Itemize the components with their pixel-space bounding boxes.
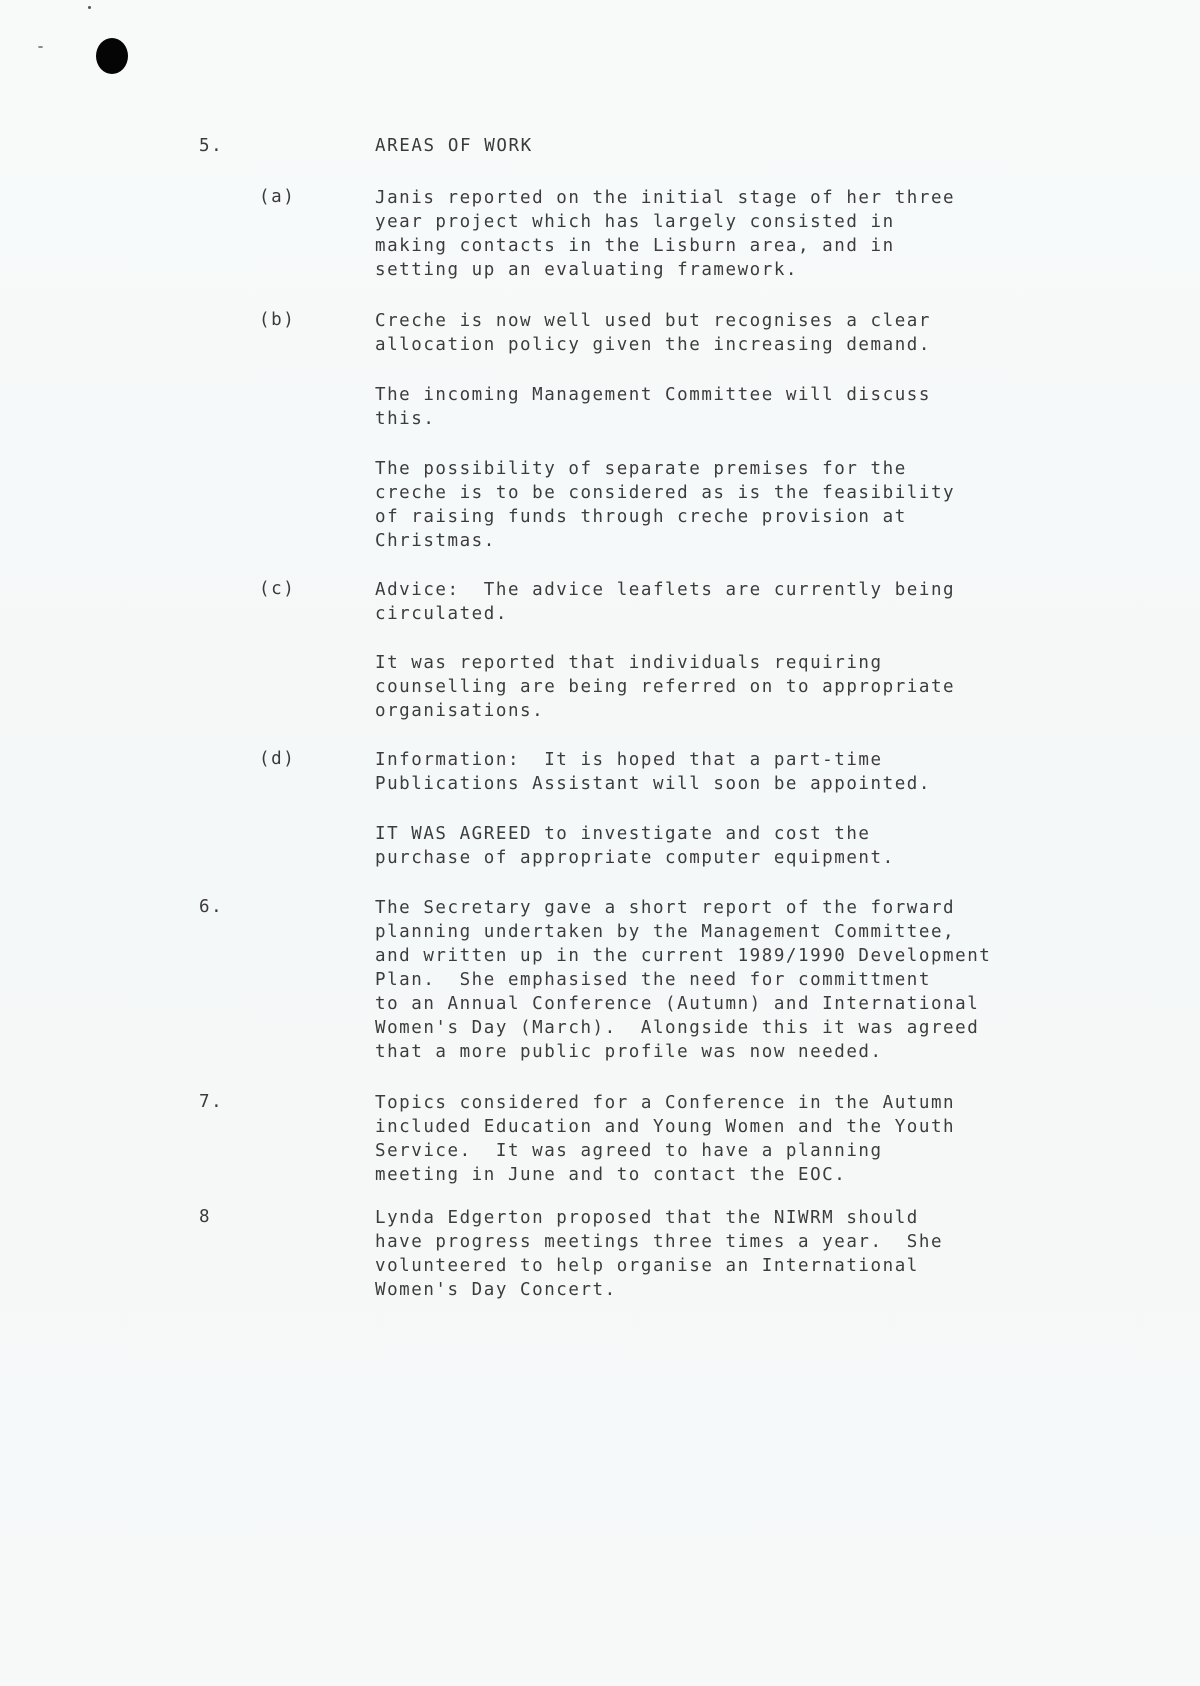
text-line: included Education and Young Women and t… xyxy=(375,1115,1095,1139)
text-line: allocation policy given the increasing d… xyxy=(375,333,1095,357)
text-line: creche is to be considered as is the fea… xyxy=(375,481,1095,505)
text-line: setting up an evaluating framework. xyxy=(375,258,1095,282)
item-8-paragraph: Lynda Edgerton proposed that the NIWRM s… xyxy=(375,1206,1095,1302)
text-line: IT WAS AGREED to investigate and cost th… xyxy=(375,822,1095,846)
text-line: Creche is now well used but recognises a… xyxy=(375,309,1095,333)
item-label-d: (d) xyxy=(259,749,295,769)
text-line: The Secretary gave a short report of the… xyxy=(375,896,1095,920)
text-line: The possibility of separate premises for… xyxy=(375,457,1095,481)
item-7-paragraph: Topics considered for a Conference in th… xyxy=(375,1091,1095,1187)
text-line: meeting in June and to contact the EOC. xyxy=(375,1163,1095,1187)
text-line: have progress meetings three times a yea… xyxy=(375,1230,1095,1254)
text-line: and written up in the current 1989/1990 … xyxy=(375,944,1095,968)
text-line: Women's Day Concert. xyxy=(375,1278,1095,1302)
item-number-7: 7. xyxy=(199,1092,223,1112)
text-line: of raising funds through creche provisio… xyxy=(375,505,1095,529)
text-line: volunteered to help organise an Internat… xyxy=(375,1254,1095,1278)
text-line: Topics considered for a Conference in th… xyxy=(375,1091,1095,1115)
text-line: Information: It is hoped that a part-tim… xyxy=(375,748,1095,772)
section-number: 5. xyxy=(199,136,223,156)
item-label-a: (a) xyxy=(259,187,295,207)
text-line: organisations. xyxy=(375,699,1095,723)
document-page: 5. AREAS OF WORK (a) Janis reported on t… xyxy=(0,0,1200,1686)
item-a-paragraph-1: Janis reported on the initial stage of h… xyxy=(375,186,1095,282)
item-b-paragraph-3: The possibility of separate premises for… xyxy=(375,457,1095,553)
text-line: to an Annual Conference (Autumn) and Int… xyxy=(375,992,1095,1016)
item-label-c: (c) xyxy=(259,579,295,599)
item-b-paragraph-2: The incoming Management Committee will d… xyxy=(375,383,1095,431)
item-c-paragraph-2: It was reported that individuals requiri… xyxy=(375,651,1095,723)
item-c-paragraph-1: Advice: The advice leaflets are currentl… xyxy=(375,578,1095,626)
punch-hole-mark xyxy=(96,38,128,74)
section-heading: AREAS OF WORK xyxy=(375,136,533,156)
text-line: It was reported that individuals requiri… xyxy=(375,651,1095,675)
text-line: that a more public profile was now neede… xyxy=(375,1040,1095,1064)
text-line: Janis reported on the initial stage of h… xyxy=(375,186,1095,210)
item-label-b: (b) xyxy=(259,310,295,330)
text-line: Women's Day (March). Alongside this it w… xyxy=(375,1016,1095,1040)
scan-speck xyxy=(38,46,43,48)
item-number-6: 6. xyxy=(199,897,223,917)
text-line: purchase of appropriate computer equipme… xyxy=(375,846,1095,870)
item-d-paragraph-2: IT WAS AGREED to investigate and cost th… xyxy=(375,822,1095,870)
text-line: counselling are being referred on to app… xyxy=(375,675,1095,699)
text-line: Plan. She emphasised the need for commit… xyxy=(375,968,1095,992)
item-b-paragraph-1: Creche is now well used but recognises a… xyxy=(375,309,1095,357)
text-line: Christmas. xyxy=(375,529,1095,553)
text-line: planning undertaken by the Management Co… xyxy=(375,920,1095,944)
text-line: this. xyxy=(375,407,1095,431)
text-line: Lynda Edgerton proposed that the NIWRM s… xyxy=(375,1206,1095,1230)
text-line: Service. It was agreed to have a plannin… xyxy=(375,1139,1095,1163)
text-line: making contacts in the Lisburn area, and… xyxy=(375,234,1095,258)
scan-speck xyxy=(88,6,91,9)
text-line: Advice: The advice leaflets are currentl… xyxy=(375,578,1095,602)
text-line: year project which has largely consisted… xyxy=(375,210,1095,234)
text-line: circulated. xyxy=(375,602,1095,626)
text-line: Publications Assistant will soon be appo… xyxy=(375,772,1095,796)
text-line: The incoming Management Committee will d… xyxy=(375,383,1095,407)
item-d-paragraph-1: Information: It is hoped that a part-tim… xyxy=(375,748,1095,796)
item-6-paragraph: The Secretary gave a short report of the… xyxy=(375,896,1095,1064)
item-number-8: 8 xyxy=(199,1207,211,1227)
